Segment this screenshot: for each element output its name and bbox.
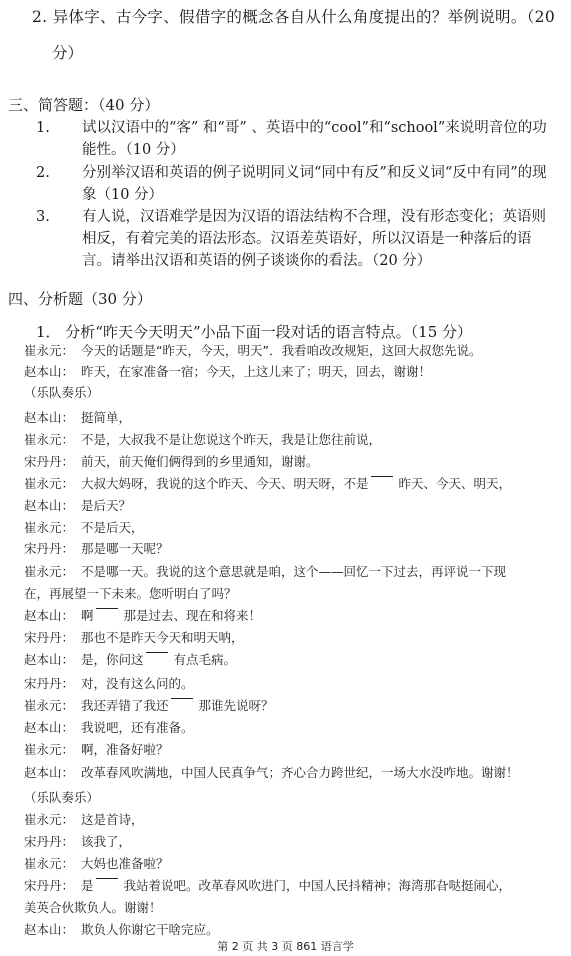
pause-dash: [371, 476, 393, 477]
speech-text: 美英合伙欺负人。谢谢！: [24, 900, 162, 915]
item-text: 有人说，汉语难学是因为汉语的语法结构不合理，没有形态变化；英语则相反，有着完美的…: [82, 206, 552, 272]
item-number: 1.: [36, 117, 76, 139]
pause-dash: [146, 652, 168, 653]
dialogue-line: 崔永元：不是，大叔我不是让您说这个昨天，我是让您往前说，: [24, 430, 381, 448]
speech-text: 大叔大妈呀，我说的这个昨天、今天、明天呀，不是: [81, 476, 369, 491]
speech-text: 那是哪一天呢？: [81, 541, 169, 556]
dialogue-line: 赵本山：欺负人你谢它干啥完应。: [24, 920, 219, 938]
speaker-name: 赵本山：: [24, 718, 81, 736]
dialogue-line: 赵本山：昨天，在家准备一宿；今天，上这儿来了；明天，回去，谢谢！: [24, 362, 431, 380]
speech-text: 不是后天，: [81, 520, 144, 535]
dialogue-line: 赵本山：改革春风吹满地，中国人民真争气；齐心合力跨世纪，一场大水没咋地。谢谢！: [24, 763, 519, 781]
dialogue-line: （乐队奏乐）: [24, 383, 99, 401]
dialogue-line: 崔永元：不是哪一天。我说的这个意思就是咱，这个——回忆一下过去，再评说一下现: [24, 562, 506, 580]
speech-text: 是，你问这: [81, 652, 144, 667]
speaker-name: 赵本山：: [24, 362, 81, 380]
speech-text: 昨天，在家准备一宿；今天，上这儿来了；明天，回去，谢谢！: [81, 364, 431, 379]
speech-text: 那也不是昨天今天和明天呐，: [81, 630, 244, 645]
section-4-question-1: 1． 分析“昨天今天明天”小品下面一段对话的语言特点。（15 分）: [36, 321, 472, 342]
speaker-name: 赵本山：: [24, 606, 81, 624]
speech-text-continued: 有点毛病。: [174, 652, 237, 667]
speech-text: 该我了，: [81, 834, 131, 849]
speech-text: 是: [81, 878, 94, 893]
dialogue-line: 崔永元：不是后天，: [24, 518, 144, 536]
pause-dash: [96, 878, 118, 879]
dialogue-line: 赵本山：啊那是过去、现在和将来！: [24, 606, 261, 624]
speech-text: 在，再展望一下未来。您听明白了吗？: [24, 586, 237, 601]
dialogue-line: 宋丹丹：前天，前天俺们俩得到的乡里通知，谢谢。: [24, 452, 319, 470]
speech-text: （乐队奏乐）: [24, 385, 99, 400]
speaker-name: 崔永元：: [24, 341, 81, 359]
item-number: 2.: [36, 162, 76, 184]
speaker-name: 赵本山：: [24, 650, 81, 668]
speaker-name: 宋丹丹：: [24, 832, 81, 850]
question-2-line2: 分）: [52, 41, 83, 63]
dialogue-line: 宋丹丹：是我站着说吧。改革春风吹进门，中国人民抖精神；海湾那旮哒挺闹心，: [24, 876, 511, 894]
section-4-title: 四、分析题（30 分）: [8, 288, 152, 309]
speech-text: 改革春风吹满地，中国人民真争气；齐心合力跨世纪，一场大水没咋地。谢谢！: [81, 765, 519, 780]
speech-text: 啊，准备好啦？: [81, 742, 169, 757]
speech-text-continued: 我站着说吧。改革春风吹进门，中国人民抖精神；海湾那旮哒挺闹心，: [124, 878, 512, 893]
dialogue-line: 崔永元：大叔大妈呀，我说的这个昨天、今天、明天呀，不是昨天、今天、明天，: [24, 474, 511, 492]
item-number: 3.: [36, 206, 76, 228]
speaker-name: 宋丹丹：: [24, 628, 81, 646]
dialogue-line: 宋丹丹：对，没有这么问的。: [24, 674, 194, 692]
speaker-name: 赵本山：: [24, 763, 81, 781]
speech-text: （乐队奏乐）: [24, 790, 99, 805]
speaker-name: 崔永元：: [24, 810, 81, 828]
dialogue-line: 宋丹丹：那也不是昨天今天和明天呐，: [24, 628, 244, 646]
dialogue-line: 赵本山：挺简单，: [24, 408, 131, 426]
speaker-name: 赵本山：: [24, 920, 81, 938]
speaker-name: 赵本山：: [24, 496, 81, 514]
speech-text: 对，没有这么问的。: [81, 676, 194, 691]
speaker-name: 崔永元：: [24, 430, 81, 448]
dialogue-line: 赵本山：是，你问这有点毛病。: [24, 650, 236, 668]
speech-text-continued: 昨天、今天、明天，: [399, 476, 512, 491]
speech-text: 不是哪一天。我说的这个意思就是咱，这个——回忆一下过去，再评说一下现: [81, 564, 506, 579]
speaker-name: 崔永元：: [24, 562, 81, 580]
speaker-name: 宋丹丹：: [24, 539, 81, 557]
speaker-name: 宋丹丹：: [24, 876, 81, 894]
dialogue-line: 崔永元：大妈也准备啦？: [24, 854, 169, 872]
page-footer: 第 2 页 共 3 页 861 语言学: [0, 938, 571, 954]
speaker-name: 宋丹丹：: [24, 452, 81, 470]
speaker-name: 宋丹丹：: [24, 674, 81, 692]
speech-text: 这是首诗，: [81, 812, 144, 827]
speech-text-continued: 那是过去、现在和将来！: [124, 608, 262, 623]
dialogue-line: 崔永元：今天的话题是“昨天，今天，明天”．我看咱改改规矩，这回大叔您先说。: [24, 341, 481, 359]
dialogue-line: 宋丹丹：那是哪一天呢？: [24, 539, 169, 557]
speech-text-continued: 那谁先说呀？: [199, 698, 274, 713]
dialogue-line: 赵本山：我说吧，还有准备。: [24, 718, 194, 736]
speaker-name: 崔永元：: [24, 854, 81, 872]
pause-dash: [171, 698, 193, 699]
speech-text: 欺负人你谢它干啥完应。: [81, 922, 219, 937]
speaker-name: 赵本山：: [24, 408, 81, 426]
speaker-name: 崔永元：: [24, 740, 81, 758]
dialogue-line: 崔永元：我还弄错了我还那谁先说呀？: [24, 696, 274, 714]
dialogue-line: 美英合伙欺负人。谢谢！: [24, 898, 162, 916]
dialogue-line: 赵本山：是后天？: [24, 496, 131, 514]
dialogue-line: 在，再展望一下未来。您听明白了吗？: [24, 584, 237, 602]
speech-text: 挺简单，: [81, 410, 131, 425]
speech-text: 前天，前天俺们俩得到的乡里通知，谢谢。: [81, 454, 319, 469]
section-3-title: 三、简答题：（40 分）: [8, 94, 159, 115]
speech-text: 不是，大叔我不是让您说这个昨天，我是让您往前说，: [81, 432, 381, 447]
speaker-name: 崔永元：: [24, 518, 81, 536]
speech-text: 大妈也准备啦？: [81, 856, 169, 871]
dialogue-line: （乐队奏乐）: [24, 788, 99, 806]
item-text: 试以汉语中的“客” 和“哥” 、英语中的“cool”和“school”来说明音位…: [82, 117, 552, 161]
question-2-line1: 2. 异体字、古今字、假借字的概念各自从什么角度提出的？举例说明。（20: [32, 5, 555, 27]
item-text: 分别举汉语和英语的例子说明同义词“同中有反”和反义词“反中有同”的现象（10 分…: [82, 162, 552, 206]
speech-text: 今天的话题是“昨天，今天，明天”．我看咱改改规矩，这回大叔您先说。: [81, 343, 481, 358]
dialogue-line: 崔永元：这是首诗，: [24, 810, 144, 828]
dialogue-line: 崔永元：啊，准备好啦？: [24, 740, 169, 758]
pause-dash: [96, 608, 118, 609]
speech-text: 我说吧，还有准备。: [81, 720, 194, 735]
speaker-name: 崔永元：: [24, 696, 81, 714]
speaker-name: 崔永元：: [24, 474, 81, 492]
dialogue-line: 宋丹丹：该我了，: [24, 832, 131, 850]
speech-text: 是后天？: [81, 498, 131, 513]
speech-text: 我还弄错了我还: [81, 698, 169, 713]
speech-text: 啊: [81, 608, 94, 623]
